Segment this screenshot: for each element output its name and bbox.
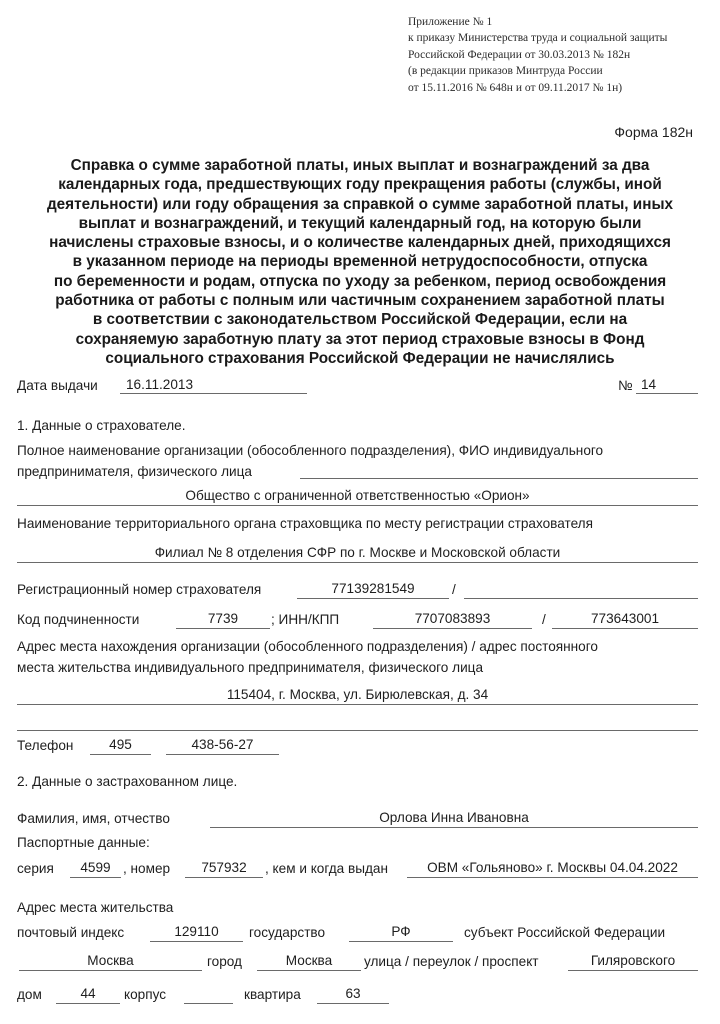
inn-kpp-separator: / <box>542 612 546 627</box>
issue-date-label: Дата выдачи <box>17 378 98 393</box>
certificate-number-label: № <box>618 378 633 393</box>
street-label: улица / переулок / проспект <box>364 954 539 969</box>
residence-address-label: Адрес места жительства <box>17 900 173 915</box>
fio-label: Фамилия, имя, отчество <box>17 811 170 826</box>
order-reference-line: Российской Федерации от 30.03.2013 № 182… <box>408 47 667 63</box>
reg-number-extra-field[interactable] <box>464 580 698 599</box>
postal-code-field[interactable]: 129110 <box>150 923 243 942</box>
building-label: корпус <box>124 987 166 1002</box>
order-reference-line: Приложение № 1 <box>408 14 667 30</box>
city-field[interactable]: Москва <box>257 952 361 971</box>
section-1-heading: 1. Данные о страхователе. <box>17 418 185 433</box>
org-address-field[interactable]: 115404, г. Москва, ул. Бирюлевская, д. 3… <box>17 686 698 705</box>
org-address-field-line-2[interactable] <box>17 712 698 731</box>
org-address-label-continued: места жительства индивидуального предпри… <box>17 660 483 675</box>
title-line: календарных года, предшествующих году пр… <box>0 175 720 194</box>
order-reference-line: к приказу Министерства труда и социально… <box>408 30 667 46</box>
title-line: Справка о сумме заработной платы, иных в… <box>0 156 720 175</box>
passport-number-field[interactable]: 757932 <box>185 859 263 878</box>
title-line: выплат и вознаграждений, и текущий кален… <box>0 214 720 233</box>
order-reference-line: от 15.11.2016 № 648н и от 09.11.2017 № 1… <box>408 80 667 96</box>
street-field[interactable]: Гиляровского <box>568 952 698 971</box>
country-field[interactable]: РФ <box>349 923 453 942</box>
org-name-label-continued: предпринимателя, физического лица <box>17 464 252 479</box>
order-reference-note: Приложение № 1 к приказу Министерства тр… <box>408 14 667 96</box>
org-address-label: Адрес места нахождения организации (обос… <box>17 639 598 654</box>
apartment-label: квартира <box>244 987 301 1002</box>
title-line: социального страхования Российской Федер… <box>0 349 720 368</box>
inn-kpp-label: ; ИНН/КПП <box>271 612 339 627</box>
form-code: Форма 182н <box>614 124 693 140</box>
org-name-label: Полное наименование организации (обособл… <box>17 443 603 458</box>
region-label: субъект Российской Федерации <box>464 925 665 940</box>
subordination-code-field[interactable]: 7739 <box>176 610 270 629</box>
insurer-label: Наименование территориального органа стр… <box>17 516 593 531</box>
section-2-heading: 2. Данные о застрахованном лице. <box>17 774 237 789</box>
phone-code-field[interactable]: 495 <box>90 736 151 755</box>
passport-label: Паспортные данные: <box>17 835 150 850</box>
org-name-field[interactable]: Общество с ограниченной ответственностью… <box>17 487 698 506</box>
country-label: государство <box>249 925 325 940</box>
title-line: по беременности и родам, отпуска по уход… <box>0 272 720 291</box>
house-label: дом <box>17 987 42 1002</box>
apartment-field[interactable]: 63 <box>317 985 389 1004</box>
passport-series-label: серия <box>17 861 54 876</box>
reg-number-field[interactable]: 77139281549 <box>297 580 449 599</box>
title-line: работника от работы с полным или частичн… <box>0 291 720 310</box>
inn-field[interactable]: 7707083893 <box>373 610 532 629</box>
fio-field[interactable]: Орлова Инна Ивановна <box>210 809 698 828</box>
passport-number-label: , номер <box>123 861 170 876</box>
reg-number-separator: / <box>452 582 456 597</box>
reg-number-label: Регистрационный номер страхователя <box>17 582 261 597</box>
region-field[interactable]: Москва <box>19 952 202 971</box>
city-label: город <box>207 954 242 969</box>
title-line: начислены страховые взносы, и о количест… <box>0 233 720 252</box>
title-line: в соответствии с законодательством Росси… <box>0 310 720 329</box>
postal-code-label: почтовый индекс <box>17 925 124 940</box>
certificate-number-field[interactable]: 14 <box>636 376 698 394</box>
house-field[interactable]: 44 <box>56 985 120 1004</box>
building-field[interactable] <box>184 985 233 1004</box>
passport-issued-label: , кем и когда выдан <box>265 861 388 876</box>
org-name-underline <box>300 478 698 479</box>
phone-label: Телефон <box>17 738 73 753</box>
subordination-code-label: Код подчиненности <box>17 612 139 627</box>
issue-date-field[interactable]: 16.11.2013 <box>120 376 307 394</box>
title-line: сохраняемую заработную плату за этот пер… <box>0 330 720 349</box>
kpp-field[interactable]: 773643001 <box>552 610 698 629</box>
title-line: деятельности) или году обращения за спра… <box>0 195 720 214</box>
passport-series-field[interactable]: 4599 <box>70 859 121 878</box>
passport-issued-field[interactable]: ОВМ «Гольяново» г. Москвы 04.04.2022 <box>407 859 698 878</box>
order-reference-line: (в редакции приказов Минтруда России <box>408 63 667 79</box>
insurer-field[interactable]: Филиал № 8 отделения СФР по г. Москве и … <box>17 544 698 563</box>
title-line: в указанном периоде на периоды временной… <box>0 252 720 271</box>
phone-number-field[interactable]: 438-56-27 <box>166 736 279 755</box>
document-title: Справка о сумме заработной платы, иных в… <box>0 156 720 368</box>
